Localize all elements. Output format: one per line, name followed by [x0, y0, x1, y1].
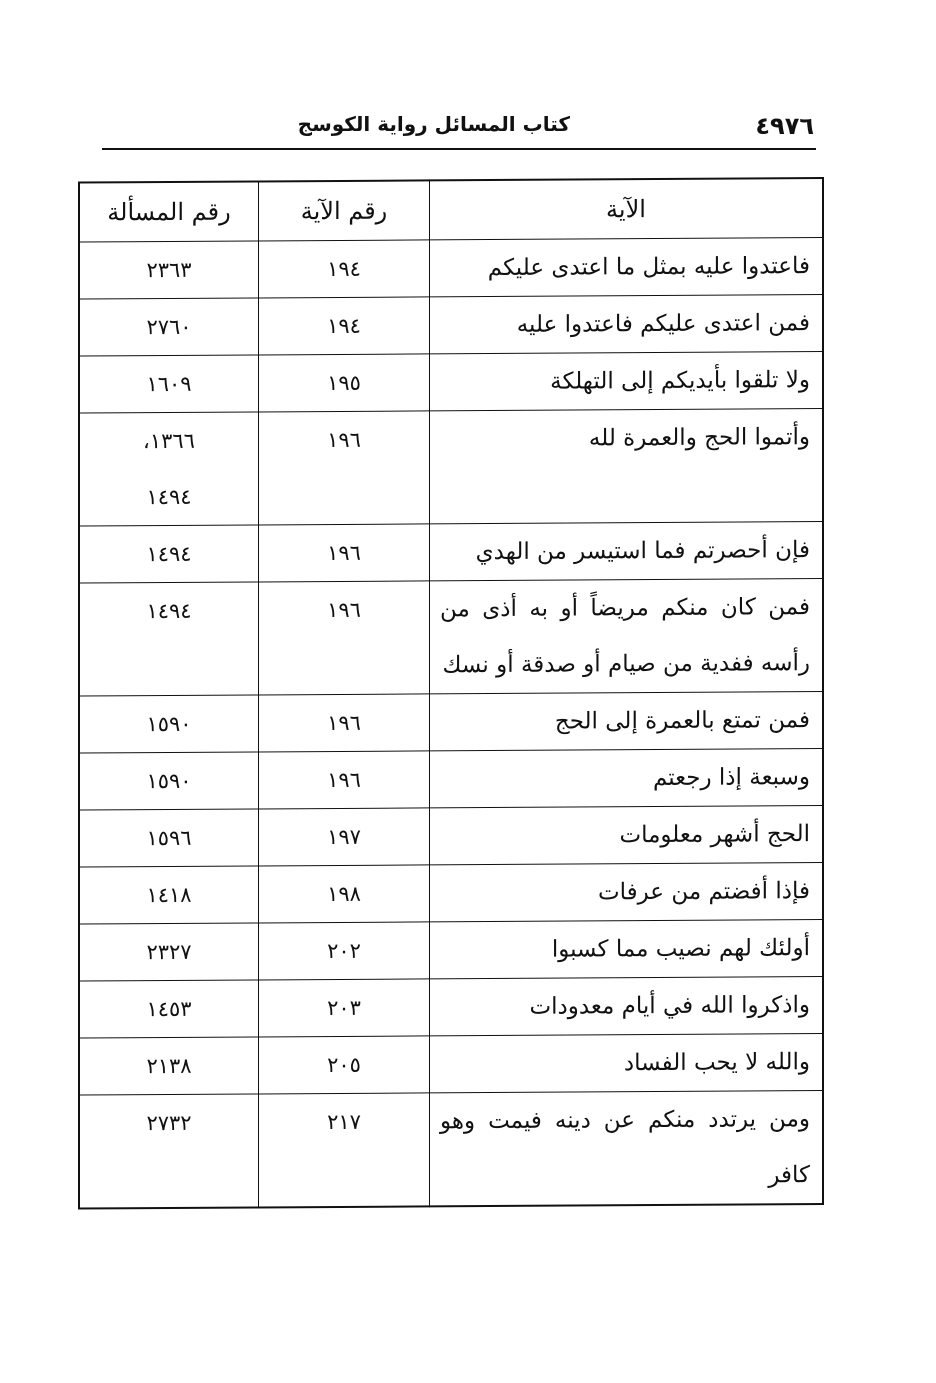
verse-cell: الحج أشهر معلومات [430, 806, 824, 865]
verse-cell: وأتموا الحج والعمرة لله [430, 409, 824, 524]
issue-number-cell: ٢٧٣٢ [79, 1094, 259, 1209]
verse-cell: فمن تمتع بالعمرة إلى الحج [430, 692, 824, 751]
issue-number: ١٤١٨ [80, 866, 258, 923]
column-header-ayah-number: رقم الآية [259, 180, 430, 241]
table-row: وسبعة إذا رجعتم١٩٦١٥٩٠ [79, 749, 823, 811]
page-number: ٤٩٧٦ [755, 112, 814, 140]
issue-number-cell: ٢٣٢٧ [79, 923, 259, 981]
table-row: فمن تمتع بالعمرة إلى الحج١٩٦١٥٩٠ [79, 692, 823, 754]
issue-number: ٢٧٦٠ [80, 298, 258, 355]
verse-cell: فاعتدوا عليه بمثل ما اعتدى عليكم [430, 238, 824, 297]
table-row: الحج أشهر معلومات١٩٧١٥٩٦ [79, 806, 823, 868]
ayah-number-cell: ١٩٦ [259, 411, 430, 525]
issue-number: ١٥٩٦ [80, 809, 258, 866]
ayah-number-cell: ١٩٦ [259, 694, 430, 752]
verse-cell: فإن أحصرتم فما استيسر من الهدي [430, 522, 824, 581]
issue-number: ٢١٣٨ [80, 1037, 258, 1094]
verse-cell: ومن يرتدد منكم عن دينه فيمت وهو كافر [430, 1091, 824, 1207]
table-row: أولئك لهم نصيب مما كسبوا٢٠٢٢٣٢٧ [79, 920, 823, 982]
ayah-number-cell: ٢٠٣ [259, 979, 430, 1037]
issue-number-cell: ١٤٥٣ [79, 980, 259, 1038]
table-row: ولا تلقوا بأيديكم إلى التهلكة١٩٥١٦٠٩ [79, 352, 823, 414]
issue-number: ١٣٦٦، [80, 412, 258, 469]
issue-number: ١٥٩٠ [80, 695, 258, 752]
issue-number-cell: ١٥٩٦ [79, 809, 259, 867]
verse-cell: فمن اعتدى عليكم فاعتدوا عليه [430, 295, 824, 354]
issue-number-cell: ١٤١٨ [79, 866, 259, 924]
ayah-number-cell: ١٩٦ [259, 751, 430, 809]
issue-number: ٢٧٣٢ [80, 1094, 258, 1151]
verse-cell: وسبعة إذا رجعتم [430, 749, 824, 808]
header-rule [102, 148, 816, 150]
issue-number-cell: ١٣٦٦،١٤٩٤ [79, 412, 259, 526]
issue-number: ١٥٩٠ [80, 752, 258, 809]
issue-number: ١٤٩٤ [80, 525, 258, 582]
issue-number-cell: ٢٣٦٣ [79, 241, 259, 299]
verse-cell: أولئك لهم نصيب مما كسبوا [430, 920, 824, 979]
issue-number-cell: ١٤٩٤ [79, 525, 259, 583]
running-title: كتاب المسائل رواية الكوسج [298, 112, 570, 136]
table-row: فمن كان منكم مريضاً أو به أذى من رأسه فف… [79, 579, 823, 697]
issue-number: ١٦٠٩ [80, 355, 258, 412]
verse-index-table-wrapper: الآية رقم الآية رقم المسألة فاعتدوا عليه… [78, 177, 824, 1210]
table-row: واذكروا الله في أيام معدودات٢٠٣١٤٥٣ [79, 977, 823, 1039]
table-row: فمن اعتدى عليكم فاعتدوا عليه١٩٤٢٧٦٠ [79, 295, 823, 357]
table-row: فاعتدوا عليه بمثل ما اعتدى عليكم١٩٤٢٣٦٣ [79, 238, 823, 300]
issue-number-cell: ١٥٩٠ [79, 752, 259, 810]
issue-number: ١٤٩٤ [80, 468, 258, 525]
ayah-number-cell: ٢٠٢ [259, 922, 430, 980]
verse-cell: فمن كان منكم مريضاً أو به أذى من رأسه فف… [430, 579, 824, 694]
table-row: ومن يرتدد منكم عن دينه فيمت وهو كافر٢١٧٢… [79, 1091, 823, 1209]
table-row: فإذا أفضتم من عرفات١٩٨١٤١٨ [79, 863, 823, 925]
verse-cell: واذكروا الله في أيام معدودات [430, 977, 824, 1036]
issue-number: ٢٣٦٣ [80, 241, 258, 298]
page-header: ٤٩٧٦ كتاب المسائل رواية الكوسج [102, 108, 816, 150]
issue-number-cell: ١٦٠٩ [79, 355, 259, 413]
verse-cell: فإذا أفضتم من عرفات [430, 863, 824, 922]
ayah-number-cell: ١٩٧ [259, 808, 430, 866]
ayah-number-cell: ١٩٥ [259, 354, 430, 412]
verse-index-table: الآية رقم الآية رقم المسألة فاعتدوا عليه… [78, 177, 824, 1210]
table-row: وأتموا الحج والعمرة لله١٩٦١٣٦٦،١٤٩٤ [79, 409, 823, 527]
issue-number-cell: ١٥٩٠ [79, 695, 259, 753]
ayah-number-cell: ٢١٧ [259, 1093, 430, 1208]
issue-number: ١٤٥٣ [80, 980, 258, 1037]
issue-number-cell: ٢٧٦٠ [79, 298, 259, 356]
issue-number: ١٤٩٤ [80, 582, 258, 639]
table-row: فإن أحصرتم فما استيسر من الهدي١٩٦١٤٩٤ [79, 522, 823, 584]
column-header-verse: الآية [430, 178, 824, 240]
ayah-number-cell: ١٩٤ [259, 297, 430, 355]
ayah-number-cell: ٢٠٥ [259, 1036, 430, 1094]
column-header-issue-number: رقم المسألة [79, 181, 259, 242]
issue-number-cell: ١٤٩٤ [79, 582, 259, 696]
table-row: والله لا يحب الفساد٢٠٥٢١٣٨ [79, 1034, 823, 1096]
verse-cell: والله لا يحب الفساد [430, 1034, 824, 1093]
ayah-number-cell: ١٩٤ [259, 240, 430, 298]
verse-cell: ولا تلقوا بأيديكم إلى التهلكة [430, 352, 824, 411]
ayah-number-cell: ١٩٦ [259, 581, 430, 695]
ayah-number-cell: ١٩٦ [259, 524, 430, 582]
issue-number: ٢٣٢٧ [80, 923, 258, 980]
ayah-number-cell: ١٩٨ [259, 865, 430, 923]
issue-number-cell: ٢١٣٨ [79, 1037, 259, 1095]
table-header-row: الآية رقم الآية رقم المسألة [79, 178, 823, 242]
